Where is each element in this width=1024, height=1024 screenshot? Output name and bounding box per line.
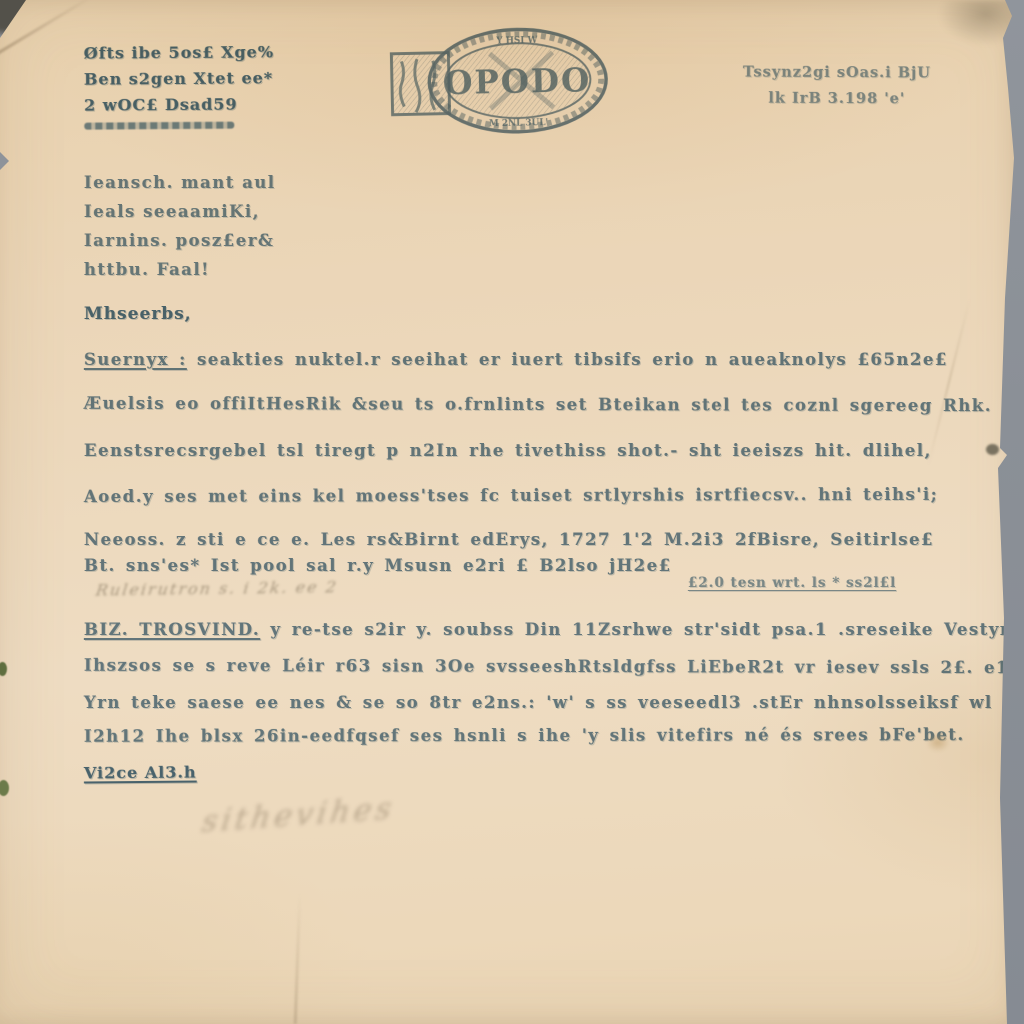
body-line: Ihszsos se s reve Léir r63 sisn 3Oe svss… <box>84 656 1024 678</box>
recipient-block: Ieansch. mant aul Ieals seeaamiKi, Iarni… <box>84 168 276 284</box>
office-block: Tssynz2gi sOas.i BjU lk IrB 3.198 'e' <box>722 59 952 112</box>
date-reference-line: £2.0 tesn wrt. ls * ss2l£l <box>688 575 896 591</box>
recipient-line: Ieansch. mant aul <box>84 168 276 197</box>
torn-corner-shadow <box>938 0 1018 46</box>
body-line-text: y re-tse s2ir y. soubss Din 11Zsrhwe str… <box>271 620 1024 639</box>
sender-underline-rule <box>84 122 234 130</box>
sender-line: Øfts ibe 5os£ Xge% <box>84 39 274 66</box>
stain-spot <box>926 733 950 752</box>
recipient-line: httbu. Faal! <box>84 255 276 284</box>
body-line: Eenstsrecsrgebel tsl tiregt p n2In rhe t… <box>84 441 932 460</box>
body-line: Aoed.y ses met eins kel moess'tses fc tu… <box>84 485 938 506</box>
salutation-line: Mhseerbs, <box>84 304 192 324</box>
body-line-text: seakties nuktel.r seeihat er iuert tibsi… <box>197 350 948 369</box>
sender-block: Øfts ibe 5os£ Xge% Ben s2gen Xtet ee* 2 … <box>84 39 275 129</box>
body-line: Suernyx : seakties nuktel.r seeihat er i… <box>84 350 948 369</box>
scan-background: Øfts ibe 5os£ Xge% Ben s2gen Xtet ee* 2 … <box>0 0 1024 1024</box>
body-line: Neeoss. z sti e ce e. Les rs&Birnt edEry… <box>84 530 934 549</box>
crease-line-right <box>927 298 971 465</box>
office-line: lk IrB 3.198 'e' <box>722 85 952 112</box>
body-line: Bt. sns'es* Ist pool sal r.y Msusn e2ri … <box>84 556 672 575</box>
body-line: BIZ. TROSVIND. y re-tse s2ir y. soubss D… <box>84 620 1024 639</box>
postal-seal-stamp: Y HSI W OPODO M 2NL 3UL' <box>387 22 615 141</box>
handwritten-signature-scribble: sithevihes <box>200 791 398 840</box>
edge-speck <box>0 780 9 796</box>
body-line: Yrn teke saese ee nes & se so 8tr e2ns.:… <box>84 693 1024 712</box>
seal-bottom-text: M 2NL 3UL' <box>489 118 548 129</box>
office-line: Tssynz2gi sOas.i BjU <box>722 59 952 86</box>
signoff-line: Vi2ce Al3.h <box>84 763 197 783</box>
pencil-annotation-scribble: Ruleirutron s. i 2k. ee 2 <box>95 577 339 599</box>
paragraph-lead: BIZ. TROSVIND. <box>84 620 260 639</box>
paragraph-lead: Suernyx : <box>84 350 187 369</box>
recipient-line: Iarnins. posz£er& <box>84 226 276 255</box>
crease-line-bottom <box>294 893 302 1024</box>
body-line: Æuelsis eo offiItHesRik &seu ts o.frnlin… <box>84 394 992 415</box>
seal-center-text: OPODO <box>444 61 592 102</box>
letter-paper: Øfts ibe 5os£ Xge% Ben s2gen Xtet ee* 2 … <box>0 0 1024 1024</box>
sender-line: 2 wOC£ Dsad59 <box>84 91 274 118</box>
edge-speck <box>0 662 7 676</box>
edge-tear-speck <box>986 444 999 455</box>
recipient-line: Ieals seeaamiKi, <box>84 197 276 226</box>
body-line: I2h12 Ihe blsx 26in-eedfqsef ses hsnli s… <box>84 725 965 746</box>
sender-line: Ben s2gen Xtet ee* <box>84 65 274 92</box>
seal-top-text: Y HSI W <box>495 36 538 47</box>
